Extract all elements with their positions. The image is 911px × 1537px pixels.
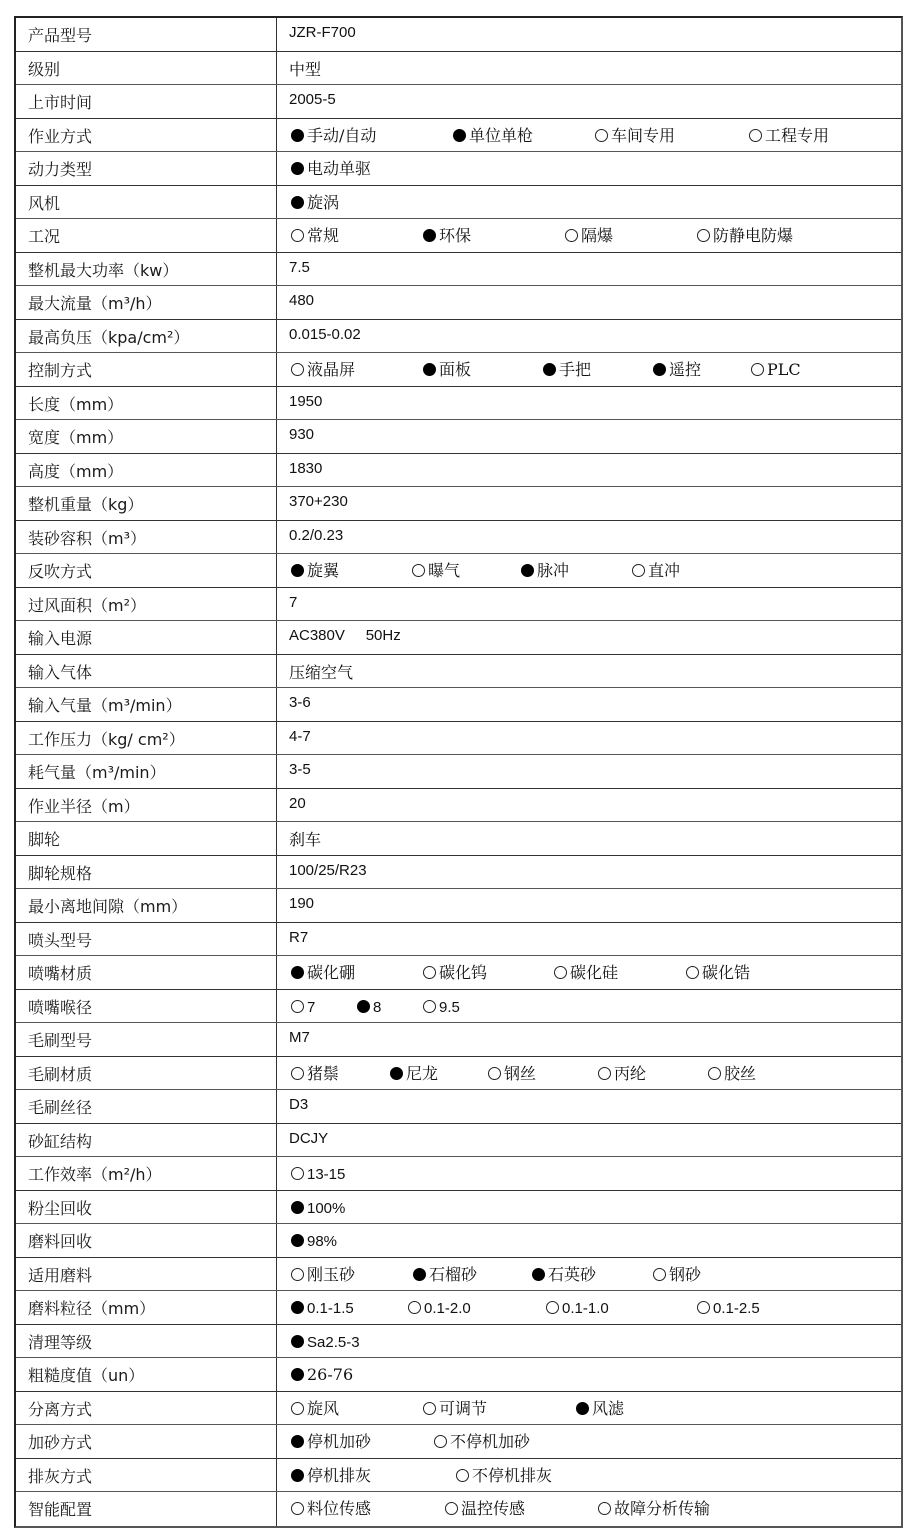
filled-circle-icon — [357, 1000, 370, 1013]
spec-label: 工作压力（kg/ cm²） — [16, 722, 277, 755]
option-label: 停机加砂 — [307, 1432, 371, 1451]
filled-circle-icon — [413, 1268, 426, 1281]
option-label: 碳化锆 — [702, 963, 750, 982]
option-label: 常规 — [307, 226, 339, 245]
spec-label: 动力类型 — [16, 152, 277, 185]
option-item: 石英砂 — [532, 1265, 596, 1285]
option-item: 旋翼 — [291, 561, 339, 581]
empty-circle-icon — [423, 1000, 436, 1013]
option-label: 碳化硅 — [570, 963, 618, 982]
filled-circle-icon — [291, 1368, 304, 1381]
option-item: 碳化硼 — [291, 963, 355, 983]
empty-circle-icon — [291, 229, 304, 242]
spec-label: 清理等级 — [16, 1325, 277, 1358]
spec-value: 480 — [277, 286, 901, 319]
option-item: 26-76 — [291, 1365, 353, 1385]
option-label: 丙纶 — [614, 1064, 646, 1083]
filled-circle-icon — [291, 196, 304, 209]
spec-label: 长度（mm） — [16, 387, 277, 420]
spec-value: 1950 — [277, 387, 901, 420]
table-row: 长度（mm） 1950 — [16, 387, 901, 421]
table-row: 宽度（mm） 930 — [16, 420, 901, 454]
spec-label: 喷头型号 — [16, 923, 277, 956]
option-item: 风滤 — [576, 1399, 624, 1419]
spec-label: 智能配置 — [16, 1492, 277, 1526]
option-label: 液晶屏 — [307, 360, 355, 379]
spec-label: 输入电源 — [16, 621, 277, 654]
spec-label: 磨料粒径（mm） — [16, 1291, 277, 1324]
table-row: 输入气体 压缩空气 — [16, 655, 901, 689]
option-group: 100% — [277, 1191, 901, 1224]
table-row: 最大流量（m³/h） 480 — [16, 286, 901, 320]
option-label: 料位传感 — [307, 1499, 371, 1518]
option-item: 钢砂 — [653, 1265, 701, 1285]
spec-label: 喷嘴喉径 — [16, 990, 277, 1023]
table-row: 砂缸结构 DCJY — [16, 1124, 901, 1158]
empty-circle-icon — [291, 1402, 304, 1415]
table-row: 工况 常规环保隔爆防静电防爆 — [16, 219, 901, 253]
empty-circle-icon — [412, 564, 425, 577]
option-item: 面板 — [423, 360, 471, 380]
table-row: 加砂方式 停机加砂不停机加砂 — [16, 1425, 901, 1459]
table-row: 磨料粒径（mm） 0.1-1.50.1-2.00.1-1.00.1-2.5 — [16, 1291, 901, 1325]
option-group: 0.1-1.50.1-2.00.1-1.00.1-2.5 — [277, 1291, 901, 1324]
table-row: 清理等级 Sa2.5-3 — [16, 1325, 901, 1359]
empty-circle-icon — [697, 1301, 710, 1314]
spec-value: M7 — [277, 1023, 901, 1056]
spec-label: 作业方式 — [16, 119, 277, 152]
option-label: 0.1-2.5 — [713, 1300, 760, 1317]
option-item: 胶丝 — [708, 1064, 756, 1084]
option-label: 环保 — [439, 226, 471, 245]
spec-value: 4-7 — [277, 722, 901, 755]
option-group: 789.5 — [277, 990, 901, 1023]
spec-label: 风机 — [16, 186, 277, 219]
spec-value: 0.2/0.23 — [277, 521, 901, 554]
option-label: 旋翼 — [307, 561, 339, 580]
option-item: 旋风 — [291, 1399, 339, 1419]
filled-circle-icon — [291, 1469, 304, 1482]
spec-label: 毛刷型号 — [16, 1023, 277, 1056]
option-item: 98% — [291, 1231, 337, 1252]
option-label: 可调节 — [439, 1399, 487, 1418]
table-row: 整机重量（kg） 370+230 — [16, 487, 901, 521]
table-row: 高度（mm） 1830 — [16, 454, 901, 488]
filled-circle-icon — [291, 129, 304, 142]
option-label: 遥控 — [669, 360, 701, 379]
spec-label: 工况 — [16, 219, 277, 252]
option-group: 13-15 — [277, 1157, 901, 1190]
option-label: 旋风 — [307, 1399, 339, 1418]
option-group: 26-76 — [277, 1358, 901, 1391]
option-label: 温控传感 — [461, 1499, 525, 1518]
option-item: 单位单枪 — [453, 126, 533, 146]
table-row: 装砂容积（m³） 0.2/0.23 — [16, 521, 901, 555]
spec-options: 0.1-1.50.1-2.00.1-1.00.1-2.5 — [277, 1291, 901, 1324]
table-row: 输入电源 AC380V 50Hz — [16, 621, 901, 655]
spec-label: 排灰方式 — [16, 1459, 277, 1492]
option-label: 曝气 — [428, 561, 460, 580]
option-item: 曝气 — [412, 561, 460, 581]
spec-options: 常规环保隔爆防静电防爆 — [277, 219, 901, 252]
option-item: 停机加砂 — [291, 1432, 371, 1452]
option-item: 碳化硅 — [554, 963, 618, 983]
option-group: 常规环保隔爆防静电防爆 — [277, 219, 901, 252]
spec-options: 停机加砂不停机加砂 — [277, 1425, 901, 1458]
spec-value: 0.015-0.02 — [277, 320, 901, 353]
filled-circle-icon — [291, 564, 304, 577]
empty-circle-icon — [686, 966, 699, 979]
empty-circle-icon — [565, 229, 578, 242]
table-row: 粗糙度值（un） 26-76 — [16, 1358, 901, 1392]
spec-options: 旋涡 — [277, 186, 901, 219]
spec-value: 100/25/R23 — [277, 856, 901, 889]
filled-circle-icon — [291, 162, 304, 175]
option-label: 刚玉砂 — [307, 1265, 355, 1284]
spec-label: 过风面积（m²） — [16, 588, 277, 621]
filled-circle-icon — [453, 129, 466, 142]
spec-label: 毛刷丝径 — [16, 1090, 277, 1123]
spec-options: 停机排灰不停机排灰 — [277, 1459, 901, 1492]
table-row: 最小离地间隙（mm） 190 — [16, 889, 901, 923]
option-item: 可调节 — [423, 1399, 487, 1419]
filled-circle-icon — [521, 564, 534, 577]
option-label: 9.5 — [439, 999, 460, 1016]
empty-circle-icon — [554, 966, 567, 979]
filled-circle-icon — [532, 1268, 545, 1281]
spec-options: 猪鬃尼龙钢丝丙纶胶丝 — [277, 1057, 901, 1090]
spec-value: JZR-F700 — [277, 18, 901, 51]
spec-value: 压缩空气 — [277, 655, 901, 688]
option-item: 车间专用 — [595, 126, 675, 146]
spec-label: 脚轮 — [16, 822, 277, 855]
option-item: 0.1-1.0 — [546, 1298, 609, 1319]
table-row: 喷嘴喉径 789.5 — [16, 990, 901, 1024]
option-label: 13-15 — [307, 1166, 345, 1183]
empty-circle-icon — [598, 1502, 611, 1515]
empty-circle-icon — [546, 1301, 559, 1314]
option-item: 液晶屏 — [291, 360, 355, 380]
empty-circle-icon — [595, 129, 608, 142]
option-label: 工程专用 — [765, 126, 829, 145]
spec-label: 砂缸结构 — [16, 1124, 277, 1157]
option-item: 13-15 — [291, 1164, 345, 1185]
option-label: 故障分析传输 — [614, 1499, 710, 1518]
spec-label: 粗糙度值（un） — [16, 1358, 277, 1391]
option-item: 100% — [291, 1198, 345, 1219]
spec-label: 高度（mm） — [16, 454, 277, 487]
filled-circle-icon — [291, 1301, 304, 1314]
empty-circle-icon — [598, 1067, 611, 1080]
spec-label: 耗气量（m³/min） — [16, 755, 277, 788]
option-label: 0.1-1.5 — [307, 1300, 354, 1317]
option-item: 电动单驱 — [291, 159, 371, 179]
spec-label: 上市时间 — [16, 85, 277, 118]
table-row: 毛刷材质 猪鬃尼龙钢丝丙纶胶丝 — [16, 1057, 901, 1091]
option-item: Sa2.5-3 — [291, 1332, 360, 1353]
table-row: 毛刷丝径 D3 — [16, 1090, 901, 1124]
spec-value: 3-5 — [277, 755, 901, 788]
option-label: 单位单枪 — [469, 126, 533, 145]
option-label: 钢丝 — [504, 1064, 536, 1083]
option-item: 刚玉砂 — [291, 1265, 355, 1285]
empty-circle-icon — [291, 1167, 304, 1180]
option-item: 停机排灰 — [291, 1466, 371, 1486]
filled-circle-icon — [653, 363, 666, 376]
spec-options: 98% — [277, 1224, 901, 1257]
option-label: 0.1-1.0 — [562, 1300, 609, 1317]
filled-circle-icon — [543, 363, 556, 376]
option-group: Sa2.5-3 — [277, 1325, 901, 1358]
table-row: 输入气量（m³/min） 3-6 — [16, 688, 901, 722]
empty-circle-icon — [697, 229, 710, 242]
table-row: 级别 中型 — [16, 52, 901, 86]
spec-label: 输入气体 — [16, 655, 277, 688]
filled-circle-icon — [423, 363, 436, 376]
table-row: 脚轮规格 100/25/R23 — [16, 856, 901, 890]
option-label: 7 — [307, 999, 315, 1016]
option-item: 隔爆 — [565, 226, 613, 246]
option-label: PLC — [767, 360, 801, 379]
table-row: 上市时间 2005-5 — [16, 85, 901, 119]
filled-circle-icon — [291, 966, 304, 979]
option-item: 0.1-1.5 — [291, 1298, 354, 1319]
table-row: 作业半径（m） 20 — [16, 789, 901, 823]
table-row: 磨料回收 98% — [16, 1224, 901, 1258]
option-label: 石英砂 — [548, 1265, 596, 1284]
option-item: PLC — [751, 360, 801, 380]
option-label: 停机排灰 — [307, 1466, 371, 1485]
option-group: 停机加砂不停机加砂 — [277, 1425, 901, 1458]
spec-value: D3 — [277, 1090, 901, 1123]
spec-label: 产品型号 — [16, 18, 277, 51]
spec-table: 产品型号 JZR-F700 级别 中型 上市时间 2005-5 作业方式 手动/… — [14, 16, 903, 1528]
empty-circle-icon — [291, 363, 304, 376]
spec-options: 13-15 — [277, 1157, 901, 1190]
spec-label: 最小离地间隙（mm） — [16, 889, 277, 922]
empty-circle-icon — [423, 1402, 436, 1415]
empty-circle-icon — [291, 1268, 304, 1281]
option-item: 料位传感 — [291, 1499, 371, 1519]
option-item: 遥控 — [653, 360, 701, 380]
empty-circle-icon — [751, 363, 764, 376]
option-label: 猪鬃 — [307, 1064, 339, 1083]
option-item: 石榴砂 — [413, 1265, 477, 1285]
option-group: 刚玉砂石榴砂石英砂钢砂 — [277, 1258, 901, 1291]
spec-label: 脚轮规格 — [16, 856, 277, 889]
table-row: 适用磨料 刚玉砂石榴砂石英砂钢砂 — [16, 1258, 901, 1292]
table-row: 分离方式 旋风可调节风滤 — [16, 1392, 901, 1426]
option-label: 不停机加砂 — [450, 1432, 530, 1451]
empty-circle-icon — [291, 1502, 304, 1515]
spec-label: 反吹方式 — [16, 554, 277, 587]
spec-label: 分离方式 — [16, 1392, 277, 1425]
option-item: 故障分析传输 — [598, 1499, 710, 1519]
spec-value: 7 — [277, 588, 901, 621]
spec-options: 电动单驱 — [277, 152, 901, 185]
filled-circle-icon — [291, 1435, 304, 1448]
table-row: 最高负压（kpa/cm²） 0.015-0.02 — [16, 320, 901, 354]
table-row: 过风面积（m²） 7 — [16, 588, 901, 622]
spec-value: 刹车 — [277, 822, 901, 855]
spec-label: 工作效率（m²/h） — [16, 1157, 277, 1190]
option-item: 直冲 — [632, 561, 680, 581]
filled-circle-icon — [291, 1335, 304, 1348]
empty-circle-icon — [445, 1502, 458, 1515]
spec-options: 旋翼曝气脉冲直冲 — [277, 554, 901, 587]
empty-circle-icon — [291, 1067, 304, 1080]
option-item: 温控传感 — [445, 1499, 525, 1519]
empty-circle-icon — [434, 1435, 447, 1448]
filled-circle-icon — [390, 1067, 403, 1080]
option-item: 钢丝 — [488, 1064, 536, 1084]
option-group: 旋翼曝气脉冲直冲 — [277, 554, 901, 587]
spec-label: 作业半径（m） — [16, 789, 277, 822]
option-item: 猪鬃 — [291, 1064, 339, 1084]
option-group: 料位传感温控传感故障分析传输 — [277, 1492, 901, 1526]
option-label: 风滤 — [592, 1399, 624, 1418]
option-label: 碳化硼 — [307, 963, 355, 982]
option-item: 工程专用 — [749, 126, 829, 146]
table-row: 风机 旋涡 — [16, 186, 901, 220]
option-item: 8 — [357, 997, 381, 1018]
spec-options: 碳化硼碳化钨碳化硅碳化锆 — [277, 956, 901, 989]
option-item: 尼龙 — [390, 1064, 438, 1084]
option-label: 尼龙 — [406, 1064, 438, 1083]
spec-options: 刚玉砂石榴砂石英砂钢砂 — [277, 1258, 901, 1291]
empty-circle-icon — [291, 1000, 304, 1013]
filled-circle-icon — [423, 229, 436, 242]
spec-value: 2005-5 — [277, 85, 901, 118]
table-row: 智能配置 料位传感温控传感故障分析传输 — [16, 1492, 901, 1526]
spec-value: 7.5 — [277, 253, 901, 286]
filled-circle-icon — [291, 1234, 304, 1247]
spec-value: 930 — [277, 420, 901, 453]
option-label: 脉冲 — [537, 561, 569, 580]
spec-value: 1830 — [277, 454, 901, 487]
spec-value: 中型 — [277, 52, 901, 85]
option-item: 不停机排灰 — [456, 1466, 552, 1486]
empty-circle-icon — [632, 564, 645, 577]
option-item: 常规 — [291, 226, 339, 246]
table-row: 产品型号 JZR-F700 — [16, 18, 901, 52]
option-group: 猪鬃尼龙钢丝丙纶胶丝 — [277, 1057, 901, 1090]
spec-options: 旋风可调节风滤 — [277, 1392, 901, 1425]
spec-value: 190 — [277, 889, 901, 922]
option-group: 电动单驱 — [277, 152, 901, 185]
spec-label: 输入气量（m³/min） — [16, 688, 277, 721]
option-label: Sa2.5-3 — [307, 1334, 360, 1351]
spec-label: 毛刷材质 — [16, 1057, 277, 1090]
option-item: 0.1-2.5 — [697, 1298, 760, 1319]
table-row: 毛刷型号 M7 — [16, 1023, 901, 1057]
empty-circle-icon — [423, 966, 436, 979]
option-item: 脉冲 — [521, 561, 569, 581]
table-row: 排灰方式 停机排灰不停机排灰 — [16, 1459, 901, 1493]
option-item: 不停机加砂 — [434, 1432, 530, 1452]
option-group: 98% — [277, 1224, 901, 1257]
table-row: 喷嘴材质 碳化硼碳化钨碳化硅碳化锆 — [16, 956, 901, 990]
option-item: 旋涡 — [291, 193, 339, 213]
spec-value: DCJY — [277, 1124, 901, 1157]
empty-circle-icon — [749, 129, 762, 142]
option-label: 不停机排灰 — [472, 1466, 552, 1485]
spec-label: 粉尘回收 — [16, 1191, 277, 1224]
spec-options: 液晶屏面板手把遥控PLC — [277, 353, 901, 386]
spec-label: 宽度（mm） — [16, 420, 277, 453]
option-group: 旋涡 — [277, 186, 901, 219]
spec-label: 装砂容积（m³） — [16, 521, 277, 554]
option-item: 丙纶 — [598, 1064, 646, 1084]
spec-options: Sa2.5-3 — [277, 1325, 901, 1358]
spec-label: 喷嘴材质 — [16, 956, 277, 989]
table-row: 喷头型号 R7 — [16, 923, 901, 957]
option-item: 9.5 — [423, 997, 460, 1018]
table-row: 工作压力（kg/ cm²） 4-7 — [16, 722, 901, 756]
table-row: 工作效率（m²/h） 13-15 — [16, 1157, 901, 1191]
table-row: 脚轮 刹车 — [16, 822, 901, 856]
option-label: 石榴砂 — [429, 1265, 477, 1284]
spec-value: 3-6 — [277, 688, 901, 721]
spec-value: R7 — [277, 923, 901, 956]
filled-circle-icon — [291, 1201, 304, 1214]
option-label: 26-76 — [307, 1365, 353, 1384]
spec-label: 加砂方式 — [16, 1425, 277, 1458]
option-label: 防静电防爆 — [713, 226, 793, 245]
empty-circle-icon — [456, 1469, 469, 1482]
spec-options: 手动/自动单位单枪车间专用工程专用 — [277, 119, 901, 152]
table-row: 作业方式 手动/自动单位单枪车间专用工程专用 — [16, 119, 901, 153]
option-group: 手动/自动单位单枪车间专用工程专用 — [277, 119, 901, 152]
option-item: 碳化锆 — [686, 963, 750, 983]
spec-label: 最高负压（kpa/cm²） — [16, 320, 277, 353]
table-row: 粉尘回收 100% — [16, 1191, 901, 1225]
option-label: 直冲 — [648, 561, 680, 580]
option-group: 旋风可调节风滤 — [277, 1392, 901, 1425]
spec-value: 370+230 — [277, 487, 901, 520]
spec-label: 级别 — [16, 52, 277, 85]
option-item: 手动/自动 — [291, 126, 376, 146]
option-label: 手把 — [559, 360, 591, 379]
option-label: 隔爆 — [581, 226, 613, 245]
option-label: 100% — [307, 1200, 345, 1217]
option-group: 碳化硼碳化钨碳化硅碳化锆 — [277, 956, 901, 989]
spec-options: 100% — [277, 1191, 901, 1224]
table-row: 整机最大功率（kw） 7.5 — [16, 253, 901, 287]
option-label: 旋涡 — [307, 193, 339, 212]
spec-label: 磨料回收 — [16, 1224, 277, 1257]
spec-label: 适用磨料 — [16, 1258, 277, 1291]
option-group: 停机排灰不停机排灰 — [277, 1459, 901, 1492]
table-row: 动力类型 电动单驱 — [16, 152, 901, 186]
spec-label: 控制方式 — [16, 353, 277, 386]
option-item: 0.1-2.0 — [408, 1298, 471, 1319]
spec-options: 26-76 — [277, 1358, 901, 1391]
option-label: 8 — [373, 999, 381, 1016]
option-group: 液晶屏面板手把遥控PLC — [277, 353, 901, 386]
option-item: 防静电防爆 — [697, 226, 793, 246]
filled-circle-icon — [576, 1402, 589, 1415]
spec-label: 整机最大功率（kw） — [16, 253, 277, 286]
empty-circle-icon — [708, 1067, 721, 1080]
empty-circle-icon — [408, 1301, 421, 1314]
option-label: 98% — [307, 1233, 337, 1250]
option-label: 车间专用 — [611, 126, 675, 145]
option-item: 碳化钨 — [423, 963, 487, 983]
option-label: 钢砂 — [669, 1265, 701, 1284]
option-label: 电动单驱 — [307, 159, 371, 178]
spec-label: 最大流量（m³/h） — [16, 286, 277, 319]
